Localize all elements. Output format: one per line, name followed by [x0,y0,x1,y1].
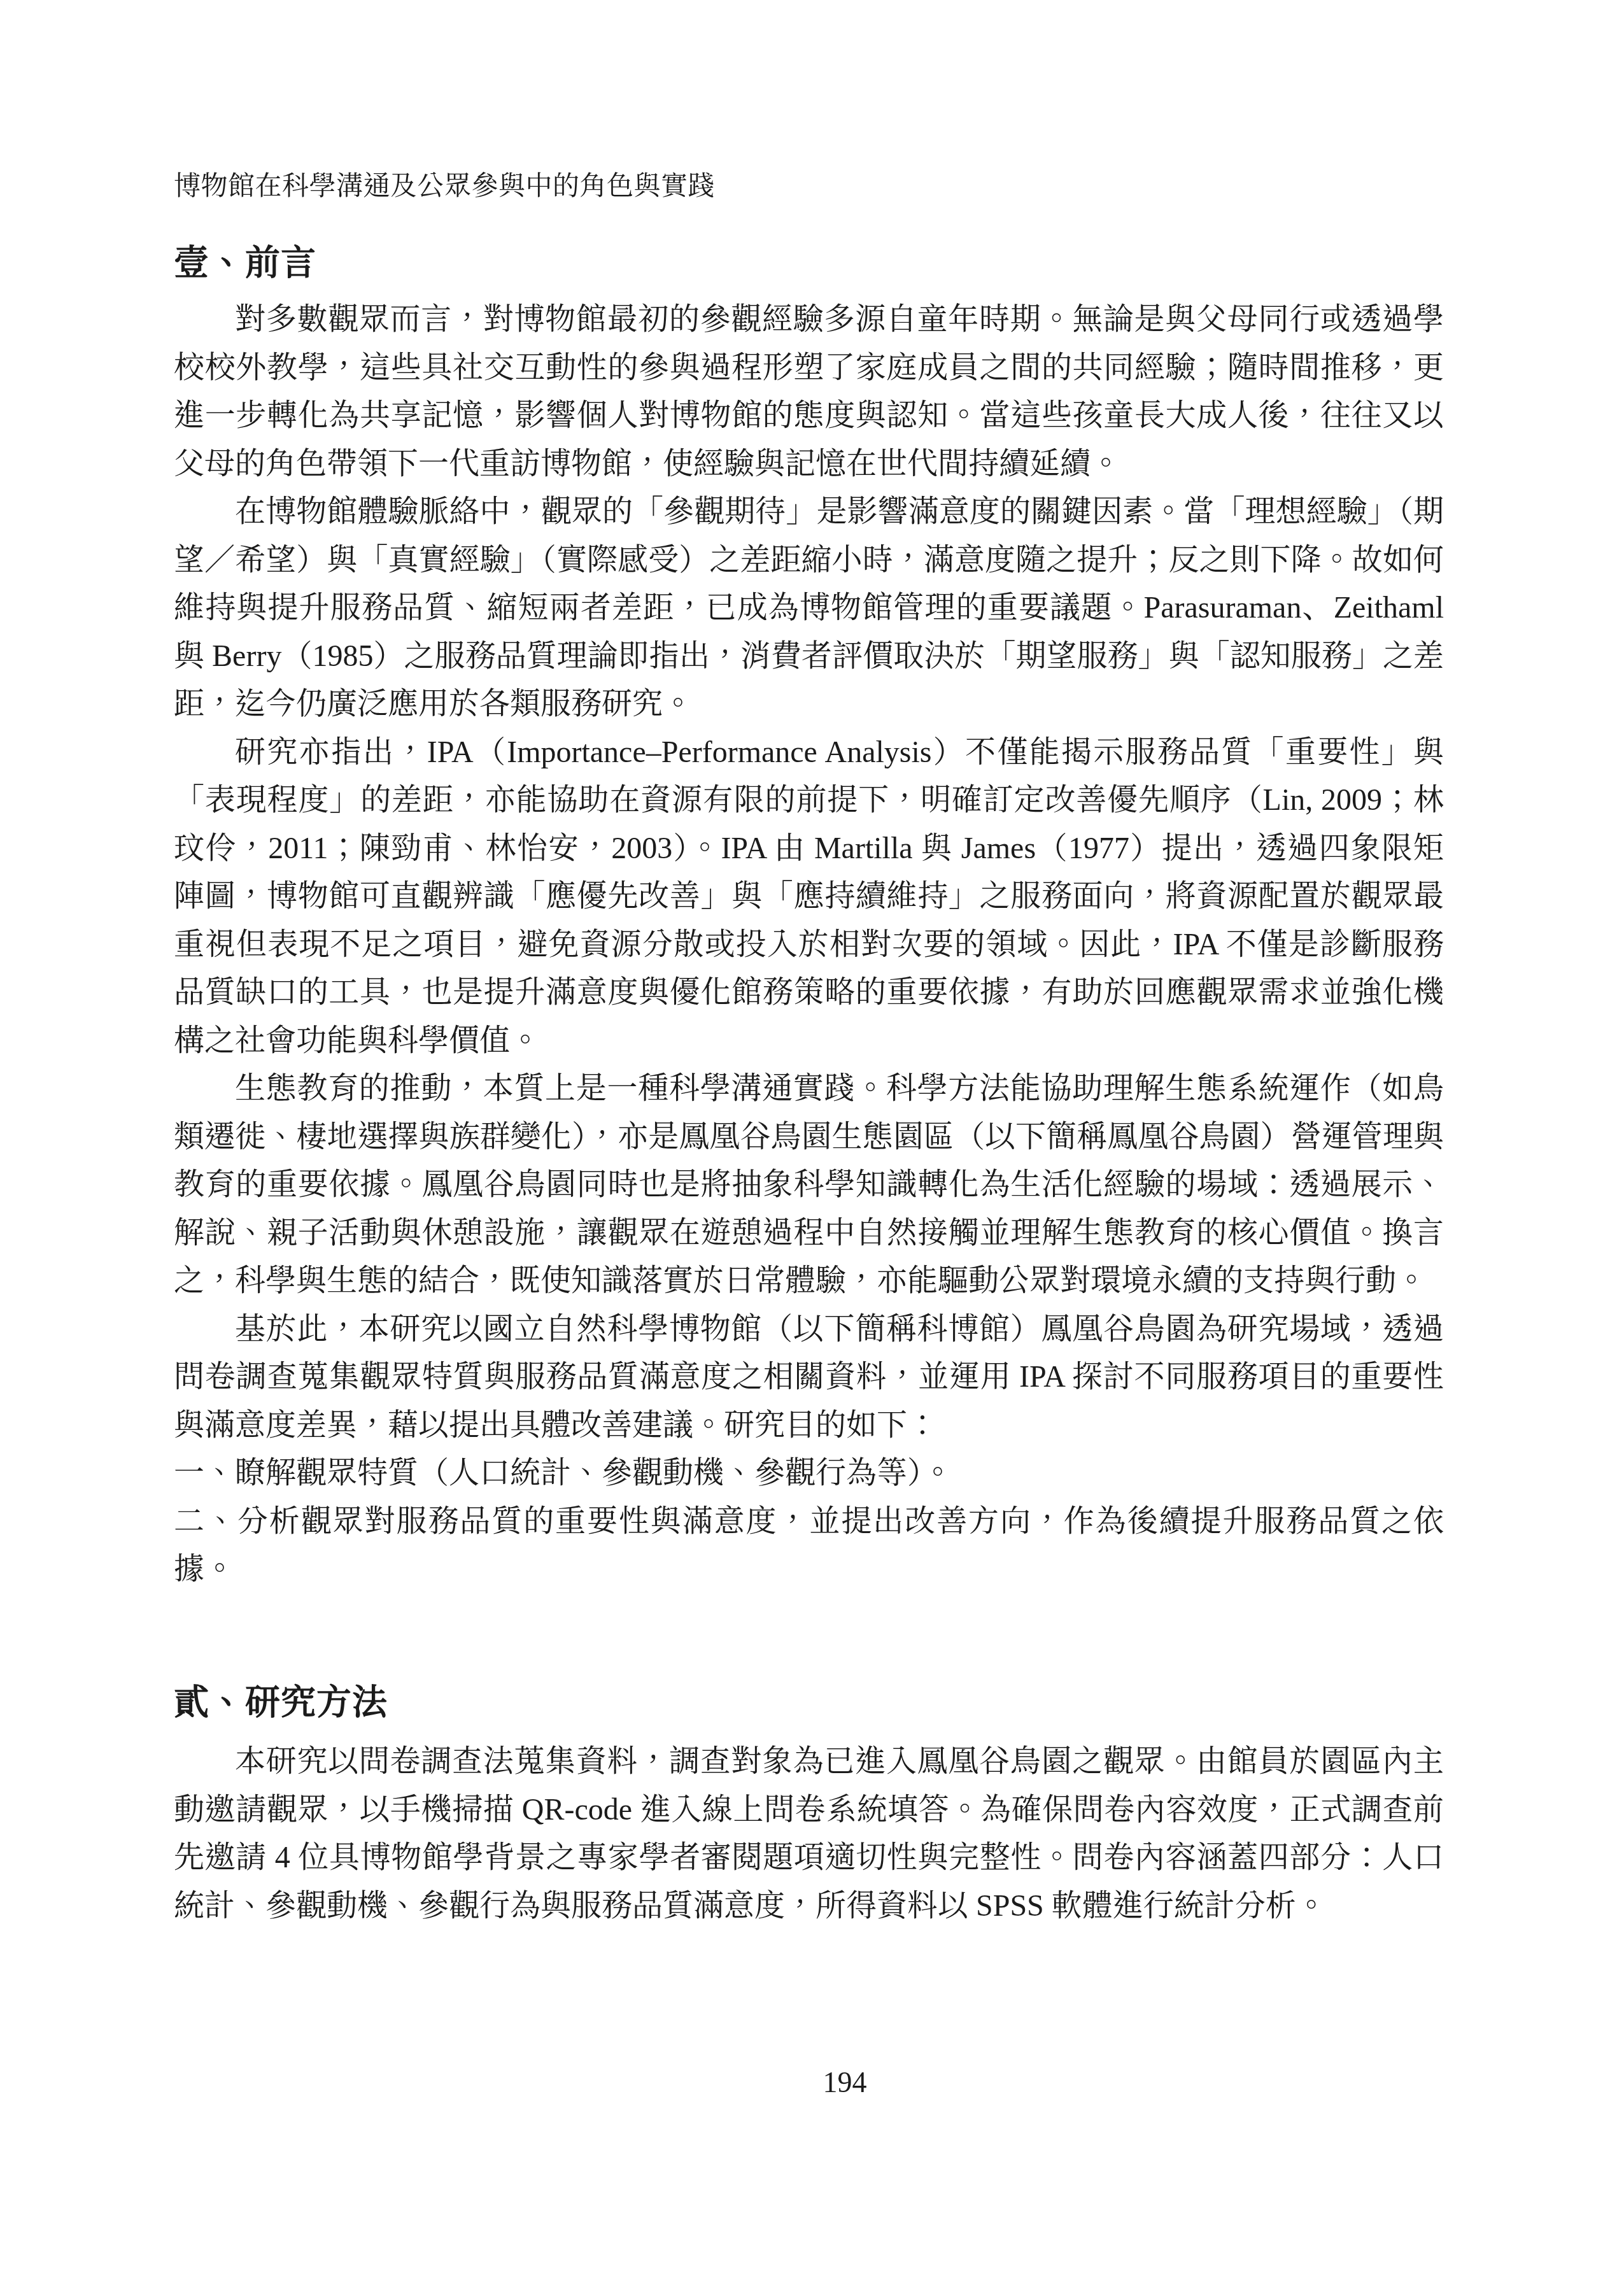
section-heading-introduction: 壹、前言 [174,243,316,283]
document-page: 博物館在科學溝通及公眾參與中的角色與實踐 壹、前言 對多數觀眾而言，對博物館最初… [0,0,1624,2278]
research-objective-item: 二、分析觀眾對服務品質的重要性與滿意度，並提出改善方向，作為後續提升服務品質之依… [174,1497,1444,1594]
paragraph: 基於此，本研究以國立自然科學博物館（以下簡稱科博館）鳳凰谷鳥園為研究場域，透過問… [174,1305,1444,1450]
introduction-body: 對多數觀眾而言，對博物館最初的參觀經驗多源自童年時期。無論是與父母同行或透過學校… [174,295,1444,1594]
paragraph: 本研究以問卷調查法蒐集資料，調查對象為已進入鳳凰谷鳥園之觀眾。由館員於園區內主動… [174,1737,1444,1930]
paragraph: 對多數觀眾而言，對博物館最初的參觀經驗多源自童年時期。無論是與父母同行或透過學校… [174,295,1444,488]
section-heading-methods: 貳、研究方法 [174,1682,388,1722]
research-objective-item: 一、瞭解觀眾特質（人口統計、參觀動機、參觀行為等）。 [174,1449,1444,1497]
page-number: 194 [781,2065,908,2100]
running-header-title: 博物館在科學溝通及公眾參與中的角色與實踐 [174,171,715,202]
paragraph: 研究亦指出，IPA（Importance–Performance Analysi… [174,728,1444,1065]
methods-body: 本研究以問卷調查法蒐集資料，調查對象為已進入鳳凰谷鳥園之觀眾。由館員於園區內主動… [174,1737,1444,1930]
paragraph: 生態教育的推動，本質上是一種科學溝通實踐。科學方法能協助理解生態系統運作（如鳥類… [174,1065,1444,1305]
paragraph: 在博物館體驗脈絡中，觀眾的「參觀期待」是影響滿意度的關鍵因素。當「理想經驗」（期… [174,488,1444,728]
